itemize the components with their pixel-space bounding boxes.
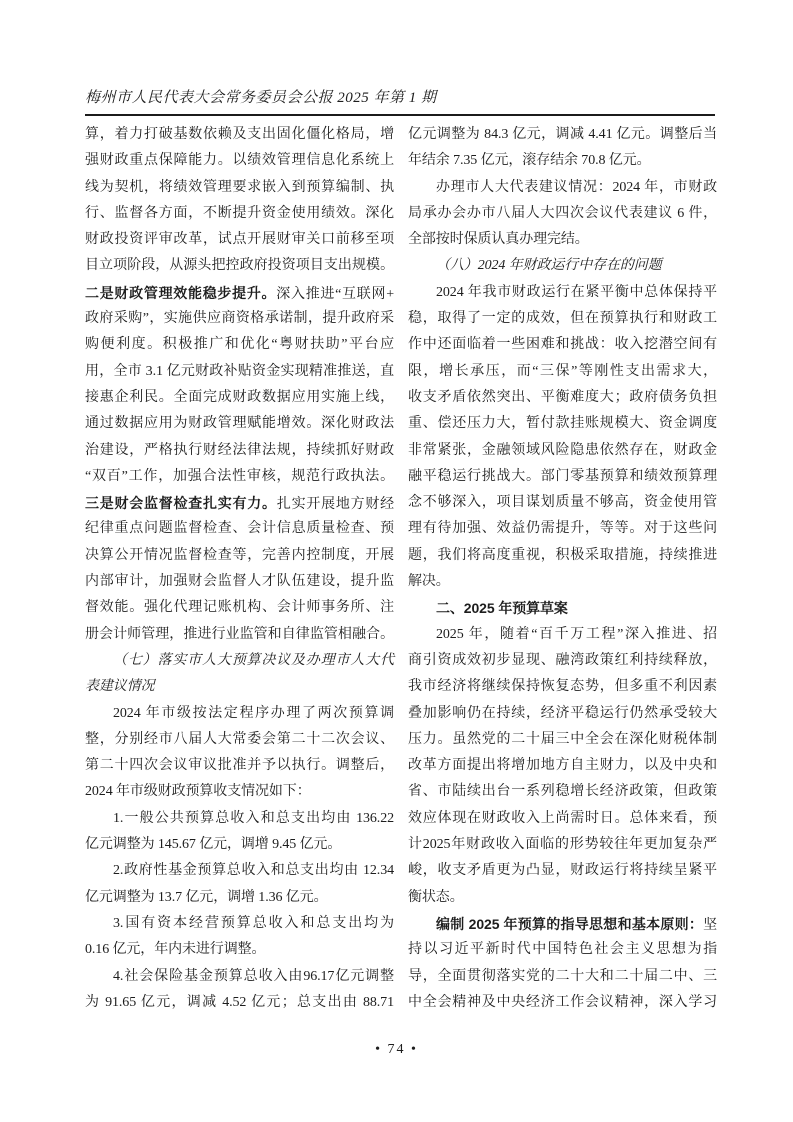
text-line: 理有待加强、效益仍需提升，等等。对于这些问 (408, 516, 717, 542)
body-text: 峻，收支矛盾更为凸显，财政运行将持续呈紧平 (408, 863, 717, 878)
body-text: 效应体现在财政收入上尚需时日。总体来看，预 (408, 811, 717, 826)
text-line: 2024 年市级按法定程序办理了两次预算调 (85, 701, 394, 727)
bold-heading-text: 编制 2025 年预算的指导思想和基本原则： (436, 916, 703, 932)
text-line: 我市经济将继续保持恢复态势，但多重不利因素 (408, 674, 717, 700)
text-line: 表建议情况 (85, 674, 394, 700)
text-line: 计2025年财政收入面临的形势较往年更加复杂严 (408, 832, 717, 858)
page-footer: • 74 • (0, 1042, 793, 1058)
body-text: 亿元调整为 13.7 亿元，调增 1.36 亿元。 (85, 890, 328, 905)
body-text: 亿元调整为 145.67 亿元，调增 9.45 亿元。 (85, 837, 341, 852)
text-line: 办理市人大代表建议情况：2024 年，市财政 (408, 175, 717, 201)
body-text: 限，增长承压，而“三保”等刚性支出需求大， (408, 364, 717, 379)
body-text: 接惠企利民。全面完成财政数据应用实施上线， (85, 390, 394, 405)
text-line: 亿元调整为 145.67 亿元，调增 9.45 亿元。 (85, 832, 394, 858)
body-text: 0.16 亿元，年内未进行调整。 (85, 942, 265, 957)
body-text: 解决。 (408, 574, 450, 589)
text-line: 全部按时保质认真办理完结。 (408, 227, 717, 253)
body-text: 内部审计，加强财会监督人才队伍建设，提升监 (85, 574, 394, 589)
text-line: 纪律重点问题监督检查、会计信息质量检查、预 (85, 516, 394, 542)
text-line: 稳，取得了一定的成效，但在预算执行和财政工 (408, 306, 717, 332)
text-line: 政府采购”，实施供应商资格承诺制，提升政府采 (85, 306, 394, 332)
text-line: 二是财政管理效能稳步提升。深入推进“互联网+ (85, 280, 394, 306)
body-text: 局承办会办市八届人大四次会议代表建议 6 件， (408, 206, 717, 221)
text-line: 通过数据应用为财政管理赋能增效。深化财政法 (85, 411, 394, 437)
body-text: 2.政府性基金预算总收入和总支出均由 12.34 (113, 863, 394, 878)
page-number: • 74 • (375, 1042, 418, 1057)
body-text: 理有待加强、效益仍需提升，等等。对于这些问 (408, 521, 717, 536)
body-text: 作中还面临着一些困难和挑战：收入挖潜空间有 (408, 337, 717, 352)
bold-heading-text: 二是财政管理效能稳步提升。 (85, 285, 276, 301)
body-text: 省、市陆续出台一系列稳增长经济政策，但政策 (408, 784, 717, 799)
text-line: 改革方面提出将增加地方自主财力，以及中央和 (408, 753, 717, 779)
body-text: 目立项阶段，从源头把控政府投资项目支出规模。 (85, 258, 394, 273)
body-text: 2024 年市级财政预算收支情况如下： (85, 784, 311, 799)
body-text: 4.社会保险基金预算总收入由96.17亿元调整 (113, 969, 394, 984)
text-line: 压力。虽然党的二十届三中全会在深化财税体制 (408, 727, 717, 753)
body-text: 非常紧张，金融领域风险隐患依然存在，财政金 (408, 443, 717, 458)
text-line: 册会计师管理，推进行业监管和自律监管相融合。 (85, 622, 394, 648)
body-text: “双百”工作，加强合法性审核，规范行政执法。 (85, 469, 394, 484)
text-line: 2024 年我市财政运行在紧平衡中总体保持平 (408, 280, 717, 306)
text-line: 衡状态。 (408, 885, 717, 911)
text-line: 4.社会保险基金预算总收入由96.17亿元调整 (85, 964, 394, 990)
bold-heading-text: 三是财会监督检查扎实有力。 (85, 495, 277, 511)
text-line: 2025 年，随着“百千万工程”深入推进、招 (408, 622, 717, 648)
text-line: 0.16 亿元，年内未进行调整。 (85, 937, 394, 963)
bold-heading-text: 二、2025 年预算草案 (436, 600, 568, 616)
text-line: 为 91.65 亿元，调减 4.52 亿元；总支出由 88.71 (85, 990, 394, 1016)
text-line: 融平稳运行挑战大。部门零基预算和绩效预算理 (408, 464, 717, 490)
header-rule (85, 114, 715, 116)
body-text: 1.一般公共预算总收入和总支出均由 136.22 (113, 811, 394, 826)
body-text: 题，我们将高度重视，积极采取措施，持续推进 (408, 548, 717, 563)
body-text: 算，着力打破基数依赖及支出固化僵化格局，增 (85, 127, 394, 142)
text-line: 治建设，严格执行财经法律法规，持续抓好财政 (85, 438, 394, 464)
body-text: 念不够深入，项目谋划质量不够高，资金使用管 (408, 495, 717, 510)
body-text: 持以习近平新时代中国特色社会主义思想为指 (408, 942, 717, 957)
body-text: 册会计师管理，推进行业监管和自律监管相融合。 (85, 627, 394, 642)
text-line: 解决。 (408, 569, 717, 595)
body-text: 叠加影响仍在持续，经济平稳运行仍然承受较大 (408, 706, 717, 721)
body-text: 导，全面贯彻落实党的二十大和二十届二中、三 (408, 969, 717, 984)
body-text: 亿元调整为 84.3 亿元，调减 4.41 亿元。调整后当 (408, 127, 717, 142)
text-line: 局承办会办市八届人大四次会议代表建议 6 件， (408, 201, 717, 227)
body-text: 购便利度。积极推广和优化“粤财扶助”平台应 (85, 337, 394, 352)
body-text: 3.国有资本经营预算总收入和总支出均为 (113, 916, 394, 931)
body-text: 坚 (703, 918, 717, 933)
text-line: 二、2025 年预算草案 (408, 595, 717, 621)
body-text: 政府采购”，实施供应商资格承诺制，提升政府采 (85, 311, 394, 326)
content-columns: 算，着力打破基数依赖及支出固化僵化格局，增强财政重点保障能力。以绩效管理信息化系… (85, 122, 717, 1016)
body-text: 商引资成效初步显现、融湾政策红利持续释放， (408, 653, 717, 668)
text-line: 收支矛盾依然突出、平衡难度大；政府债务负担 (408, 385, 717, 411)
text-line: 督效能。强化代理记账机构、会计师事务所、注 (85, 595, 394, 621)
body-text: 第二十四次会议审议批准并予以执行。调整后， (85, 758, 394, 773)
body-text: 为 91.65 亿元，调减 4.52 亿元；总支出由 88.71 (85, 995, 394, 1010)
body-text: 线为契机，将绩效管理要求嵌入到预算编制、执 (85, 180, 394, 195)
text-line: 三是财会监督检查扎实有力。扎实开展地方财经 (85, 490, 394, 516)
body-text: 治建设，严格执行财经法律法规，持续抓好财政 (85, 443, 394, 458)
text-line: 题，我们将高度重视，积极采取措施，持续推进 (408, 543, 717, 569)
page-header: 梅州市人民代表大会常务委员会公报 2025 年第 1 期 (85, 88, 715, 108)
body-text: 稳，取得了一定的成效，但在预算执行和财政工 (408, 311, 717, 326)
body-text: 2024 年市级按法定程序办理了两次预算调 (113, 706, 394, 721)
text-line: 叠加影响仍在持续，经济平稳运行仍然承受较大 (408, 701, 717, 727)
text-line: 内部审计，加强财会监督人才队伍建设，提升监 (85, 569, 394, 595)
kai-heading-text: （八）2024 年财政运行中存在的问题 (436, 258, 662, 273)
body-text: 强财政重点保障能力。以绩效管理信息化系统上 (85, 153, 394, 168)
text-line: 年结余 7.35 亿元，滚存结余 70.8 亿元。 (408, 148, 717, 174)
body-text: 我市经济将继续保持恢复态势，但多重不利因素 (408, 679, 717, 694)
text-line: 接惠企利民。全面完成财政数据应用实施上线， (85, 385, 394, 411)
body-text: 深入推进“互联网+ (276, 287, 394, 302)
kai-heading-text: 表建议情况 (85, 679, 155, 694)
text-line: 用，全市 3.1 亿元财政补贴资金实现精准推送，直 (85, 359, 394, 385)
body-text: 中全会精神及中央经济工作会议精神，深入学习 (408, 995, 717, 1010)
text-line: 算，着力打破基数依赖及支出固化僵化格局，增 (85, 122, 394, 148)
text-line: 2.政府性基金预算总收入和总支出均由 12.34 (85, 858, 394, 884)
body-text: 计2025年财政收入面临的形势较往年更加复杂严 (408, 837, 717, 852)
text-line: （七）落实市人大预算决议及办理市人大代 (85, 648, 394, 674)
text-line: 线为契机，将绩效管理要求嵌入到预算编制、执 (85, 175, 394, 201)
text-line: 亿元调整为 13.7 亿元，调增 1.36 亿元。 (85, 885, 394, 911)
body-text: 财政投资评审改革，试点开展财审关口前移至项 (85, 232, 394, 247)
text-line: 2024 年市级财政预算收支情况如下： (85, 779, 394, 805)
body-text: 用，全市 3.1 亿元财政补贴资金实现精准推送，直 (85, 364, 394, 379)
body-text: 改革方面提出将增加地方自主财力，以及中央和 (408, 758, 717, 773)
body-text: 办理市人大代表建议情况：2024 年，市财政 (436, 180, 717, 195)
text-line: 念不够深入，项目谋划质量不够高，资金使用管 (408, 490, 717, 516)
body-text: 衡状态。 (408, 890, 464, 905)
text-line: 财政投资评审改革，试点开展财审关口前移至项 (85, 227, 394, 253)
text-line: 行、监督各方面，不断提升资金使用绩效。深化 (85, 201, 394, 227)
body-text: 整，分别经市八届人大常委会第二十二次会议、 (85, 732, 394, 747)
body-text: 重、偿还压力大，暂付款挂账规模大、资金调度 (408, 416, 717, 431)
body-text: 决算公开情况监督检查等，完善内控制度，开展 (85, 548, 394, 563)
body-text: 扎实开展地方财经 (277, 497, 394, 512)
text-line: 非常紧张，金融领域风险隐患依然存在，财政金 (408, 438, 717, 464)
text-line: 作中还面临着一些困难和挑战：收入挖潜空间有 (408, 332, 717, 358)
text-line: 重、偿还压力大，暂付款挂账规模大、资金调度 (408, 411, 717, 437)
body-text: 行、监督各方面，不断提升资金使用绩效。深化 (85, 206, 394, 221)
text-line: 商引资成效初步显现、融湾政策红利持续释放， (408, 648, 717, 674)
text-line: 效应体现在财政收入上尚需时日。总体来看，预 (408, 806, 717, 832)
text-line: 编制 2025 年预算的指导思想和基本原则：坚 (408, 911, 717, 937)
text-line: 购便利度。积极推广和优化“粤财扶助”平台应 (85, 332, 394, 358)
text-line: 峻，收支矛盾更为凸显，财政运行将持续呈紧平 (408, 858, 717, 884)
text-line: 持以习近平新时代中国特色社会主义思想为指 (408, 937, 717, 963)
body-text: 收支矛盾依然突出、平衡难度大；政府债务负担 (408, 390, 717, 405)
body-text: 全部按时保质认真办理完结。 (408, 232, 589, 247)
body-text: 纪律重点问题监督检查、会计信息质量检查、预 (85, 521, 394, 536)
body-text: 通过数据应用为财政管理赋能增效。深化财政法 (85, 416, 394, 431)
text-line: 导，全面贯彻落实党的二十大和二十届二中、三 (408, 964, 717, 990)
column-right: 亿元调整为 84.3 亿元，调减 4.41 亿元。调整后当年结余 7.35 亿元… (408, 122, 717, 1016)
text-line: 目立项阶段，从源头把控政府投资项目支出规模。 (85, 253, 394, 279)
text-line: 强财政重点保障能力。以绩效管理信息化系统上 (85, 148, 394, 174)
text-line: 中全会精神及中央经济工作会议精神，深入学习 (408, 990, 717, 1016)
body-text: 督效能。强化代理记账机构、会计师事务所、注 (85, 600, 394, 615)
document-page: 梅州市人民代表大会常务委员会公报 2025 年第 1 期 算，着力打破基数依赖及… (0, 0, 793, 1122)
text-line: 决算公开情况监督检查等，完善内控制度，开展 (85, 543, 394, 569)
body-text: 压力。虽然党的二十届三中全会在深化财税体制 (408, 732, 717, 747)
body-text: 年结余 7.35 亿元，滚存结余 70.8 亿元。 (408, 153, 651, 168)
text-line: 省、市陆续出台一系列稳增长经济政策，但政策 (408, 779, 717, 805)
text-line: （八）2024 年财政运行中存在的问题 (408, 253, 717, 279)
text-line: 限，增长承压，而“三保”等刚性支出需求大， (408, 359, 717, 385)
text-line: 亿元调整为 84.3 亿元，调减 4.41 亿元。调整后当 (408, 122, 717, 148)
text-line: “双百”工作，加强合法性审核，规范行政执法。 (85, 464, 394, 490)
text-line: 第二十四次会议审议批准并予以执行。调整后， (85, 753, 394, 779)
body-text: 融平稳运行挑战大。部门零基预算和绩效预算理 (408, 469, 717, 484)
column-left: 算，着力打破基数依赖及支出固化僵化格局，增强财政重点保障能力。以绩效管理信息化系… (85, 122, 394, 1016)
body-text: 2024 年我市财政运行在紧平衡中总体保持平 (436, 285, 717, 300)
text-line: 整，分别经市八届人大常委会第二十二次会议、 (85, 727, 394, 753)
kai-heading-text: （七）落实市人大预算决议及办理市人大代 (113, 653, 394, 668)
text-line: 3.国有资本经营预算总收入和总支出均为 (85, 911, 394, 937)
body-text: 2025 年，随着“百千万工程”深入推进、招 (436, 627, 717, 642)
text-line: 1.一般公共预算总收入和总支出均由 136.22 (85, 806, 394, 832)
